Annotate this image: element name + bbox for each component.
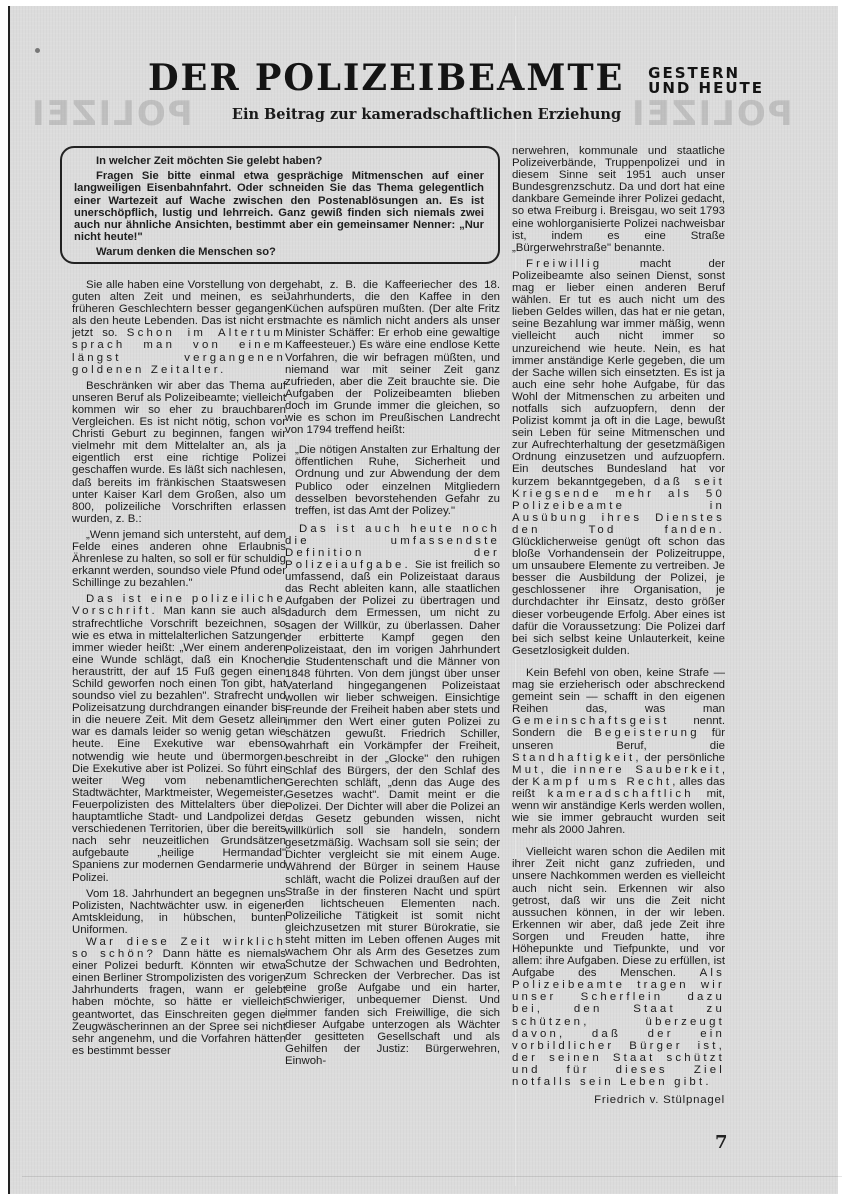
column-3: nerwehren, kommunale und staatliche Poli… <box>512 145 725 1106</box>
paragraph: Das ist auch heute noch die umfassendste… <box>285 523 500 1067</box>
paragraph: Kein Befehl von oben, keine Strafe — mag… <box>512 667 725 836</box>
intro-closing: Warum denken die Menschen so? <box>74 246 484 258</box>
emphasized-text: Begeisterung <box>594 727 700 739</box>
emphasized-text: Mut <box>512 764 541 776</box>
paragraph: Vielleicht waren schon die Aedilen mit i… <box>512 846 725 1088</box>
emphasized-text: Standhaftigkeit <box>512 752 635 764</box>
article-title: DER POLIZEIBEAMTE <box>148 60 624 96</box>
emphasized-text: Kampf ums Recht <box>532 776 672 788</box>
text: Dann hätte es niemals einer Polizei bedu… <box>72 948 286 1057</box>
column-2: gehabt, z. B. die Kaffeeriecher des 18. … <box>285 279 500 1067</box>
text: Vielleicht waren schon die Aedilen mit i… <box>512 846 725 979</box>
intro-question: In welcher Zeit möchten Sie gelebt haben… <box>74 155 484 167</box>
article-subtitle: Ein Beitrag zur kameradschaftlichen Erzi… <box>0 106 853 123</box>
emphasized-text: Als Polizeibeamte tragen wir unser Scher… <box>512 967 725 1088</box>
emphasized-text: Freiwillig <box>526 258 602 270</box>
intro-box: In welcher Zeit möchten Sie gelebt haben… <box>60 146 500 264</box>
emphasized-text: kameradschaftlich <box>548 788 694 800</box>
text: Kein Befehl von oben, keine Strafe — mag… <box>512 667 725 715</box>
paragraph: Freiwillig macht der Polizeibeamte also … <box>512 258 725 657</box>
paragraph: Das ist eine polizeiliche Vorschrift. Ma… <box>72 593 286 883</box>
paragraph: Beschränken wir aber das Thema auf unser… <box>72 380 286 525</box>
text: , die <box>541 764 574 776</box>
text: Man kann sie auch als strafrechtliche Vo… <box>72 605 286 883</box>
text: , der persönliche <box>635 752 725 764</box>
intro-body: Fragen Sie bitte einmal etwa gesprächige… <box>74 170 484 243</box>
text: macht der Polizeibeamte also seinen Dien… <box>512 258 725 488</box>
tagline-line-2: UND HEUTE <box>648 81 764 96</box>
page-number: 7 <box>715 1132 728 1153</box>
emphasized-text: innere Sauberkeit <box>574 764 722 776</box>
landrecht-quote: „Die nötigen Anstalten zur Erhaltung der… <box>295 444 500 517</box>
column-1: Sie alle haben eine Vorstellung von der … <box>72 279 286 1057</box>
paragraph: nerwehren, kommunale und staatliche Poli… <box>512 145 725 254</box>
emphasized-text: Gemeinschaftsgeist <box>512 715 670 727</box>
quote-paragraph: „Wenn jemand sich untersteht, auf dem Fe… <box>72 529 286 589</box>
text: Glücklicherweise genügt oft schon das bl… <box>512 536 725 657</box>
article-header: DER POLIZEIBEAMTE GESTERN UND HEUTE <box>148 60 764 96</box>
paragraph: gehabt, z. B. die Kaffeeriecher des 18. … <box>285 279 500 436</box>
paragraph: Vom 18. Jahrhundert an begegnen uns Poli… <box>72 888 286 936</box>
print-speck <box>35 48 40 53</box>
author-signature: Friedrich v. Stülpnagel <box>512 1094 725 1106</box>
paragraph: Sie alle haben eine Vorstellung von der … <box>72 279 286 376</box>
paragraph: War diese Zeit wirklich so schön? Dann h… <box>72 936 286 1057</box>
text: Sie ist freilich so umfassend, daß ein P… <box>285 559 500 1067</box>
scan-line <box>22 1176 842 1177</box>
title-tagline: GESTERN UND HEUTE <box>648 66 764 96</box>
